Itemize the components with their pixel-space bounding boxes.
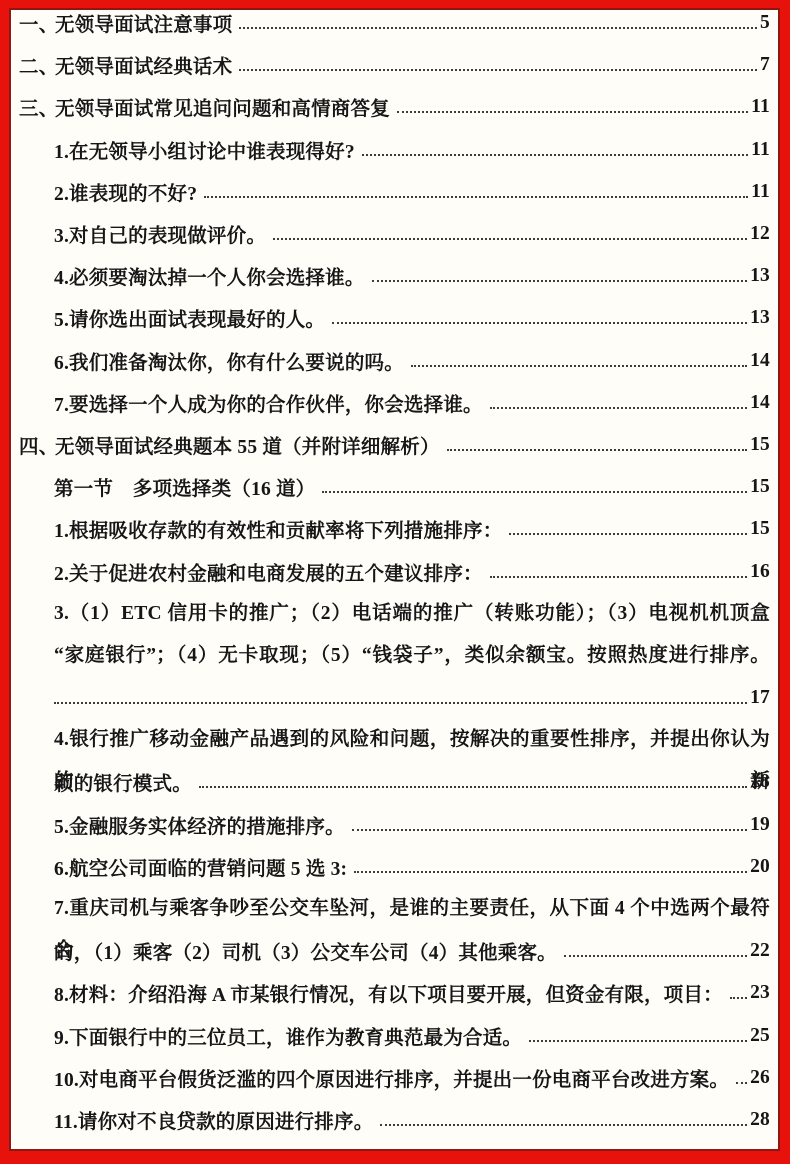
toc-row: 6.航空公司面临的营销问题 5 选 3:20: [19, 846, 770, 888]
dot-leader: [54, 702, 747, 704]
dot-leader: [332, 322, 747, 324]
dot-leader: [354, 871, 747, 873]
toc-row: 9.下面银行中的三位员工，谁作为教育典范最为合适。25: [19, 1015, 770, 1057]
page-number: 13: [750, 265, 770, 287]
entry-title: 7.要选择一个人成为你的合作伙伴，你会选择谁。: [54, 389, 483, 417]
entry-number-label: 二、: [19, 51, 55, 79]
dot-leader: [509, 533, 747, 535]
page-number: 20: [750, 856, 770, 878]
toc-row: 2.关于促进农村金融和电商发展的五个建议排序：16: [19, 550, 770, 592]
toc-row: 四、无领导面试经典题本 55 道（并附详细解析）15: [19, 424, 770, 466]
dot-leader: [736, 1082, 747, 1084]
page-number: 11: [751, 181, 770, 203]
page-number: 5: [760, 12, 770, 34]
dot-leader: [372, 280, 748, 282]
dot-leader: [362, 154, 748, 156]
toc-row: 7.重庆司机与乘客争吵至公交车坠河，是谁的主要责任，从下面 4 个中选两个最符合: [19, 888, 770, 930]
toc-row: 7.要选择一个人成为你的合作伙伴，你会选择谁。14: [19, 382, 770, 424]
entry-title: 无领导面试常见追问问题和高情商答复: [55, 93, 390, 121]
page-number: 18: [750, 771, 770, 793]
entry-title: 6.我们准备淘汰你，你有什么要说的吗。: [54, 347, 404, 375]
toc-row: 2.谁表现的不好?11: [19, 171, 770, 213]
page-number: 23: [750, 982, 770, 1004]
entry-title: “家庭银行”；（4）无卡取现；（5）“钱袋子”，类似余额宝。按照热度进行排序。: [54, 635, 770, 677]
toc-row: 5.金融服务实体经济的措施排序。19: [19, 804, 770, 846]
dot-leader: [199, 786, 747, 788]
entry-title: 1.在无领导小组讨论中谁表现得好?: [54, 136, 355, 164]
dot-leader: [411, 365, 747, 367]
page-number: 16: [750, 561, 770, 583]
page-number: 17: [750, 687, 770, 709]
toc-row: “家庭银行”；（4）无卡取现；（5）“钱袋子”，类似余额宝。按照热度进行排序。: [19, 635, 770, 677]
toc-row: 11.请你对不良贷款的原因进行排序。28: [19, 1099, 770, 1141]
document-page: 一、无领导面试注意事项5二、无领导面试经典话术7三、无领导面试常见追问问题和高情…: [9, 8, 780, 1151]
toc-row: 的，（1）乘客（2）司机（3）公交车公司（4）其他乘客。22: [19, 930, 770, 972]
toc-row: 3.（1）ETC 信用卡的推广；（2）电话端的推广（转账功能）；（3）电视机机顶…: [19, 593, 770, 635]
dot-leader: [397, 111, 748, 113]
dot-leader: [273, 238, 747, 240]
entry-title: 的，（1）乘客（2）司机（3）公交车公司（4）其他乘客。: [54, 937, 557, 965]
dot-leader: [447, 449, 747, 451]
entry-title: 11.请你对不良贷款的原因进行排序。: [54, 1106, 373, 1134]
toc-row: 4.银行推广移动金融产品遇到的风险和问题，按解决的重要性排序，并提出你认为的新: [19, 719, 770, 761]
entry-title: 1.根据吸收存款的有效性和贡献率将下列措施排序：: [54, 515, 502, 543]
entry-number-label: 三、: [19, 93, 55, 121]
entry-title: 5.请你选出面试表现最好的人。: [54, 304, 325, 332]
dot-leader: [529, 1040, 747, 1042]
entry-number-label: 一、: [19, 9, 55, 37]
toc-row: 二、无领导面试经典话术7: [19, 44, 770, 86]
toc-row: 6.我们准备淘汰你，你有什么要说的吗。14: [19, 340, 770, 382]
page-number: 22: [750, 940, 770, 962]
entry-title: 无领导面试经典题本 55 道（并附详细解析）: [55, 431, 440, 459]
dot-leader: [490, 576, 747, 578]
page-number: 15: [750, 476, 770, 498]
dot-leader: [239, 69, 757, 71]
entry-title: 2.谁表现的不好?: [54, 178, 197, 206]
entry-title: 3.对自己的表现做评价。: [54, 220, 266, 248]
entry-title: 无领导面试注意事项: [55, 9, 232, 37]
dot-leader: [204, 196, 748, 198]
entry-title: 8.材料：介绍沿海 A 市某银行情况，有以下项目要开展，但资金有限，项目：: [54, 979, 723, 1007]
page-number: 7: [760, 54, 770, 76]
entry-title: 颖的银行模式。: [54, 768, 192, 796]
toc-row: 17: [19, 677, 770, 719]
entry-title: 5.金融服务实体经济的措施排序。: [54, 811, 345, 839]
toc-row: 10.对电商平台假货泛滥的四个原因进行排序，并提出一份电商平台改进方案。26: [19, 1057, 770, 1099]
dot-leader: [352, 829, 747, 831]
page-number: 15: [750, 518, 770, 540]
page-number: 28: [750, 1109, 770, 1131]
toc-row: 4.必须要淘汰掉一个人你会选择谁。13: [19, 255, 770, 297]
page-number: 15: [750, 434, 770, 456]
entry-title: 第一节 多项选择类（16 道）: [54, 473, 315, 501]
toc-row: 1.在无领导小组讨论中谁表现得好?11: [19, 129, 770, 171]
entry-number-label: 四、: [19, 431, 55, 459]
entry-title: 2.关于促进农村金融和电商发展的五个建议排序：: [54, 558, 483, 586]
toc-row: 三、无领导面试常见追问问题和高情商答复11: [19, 86, 770, 128]
dot-leader: [564, 955, 747, 957]
toc-row: 1.根据吸收存款的有效性和贡献率将下列措施排序：15: [19, 508, 770, 550]
dot-leader: [239, 27, 757, 29]
page-number: 11: [751, 139, 770, 161]
toc-row: 第一节 多项选择类（16 道）15: [19, 466, 770, 508]
dot-leader: [490, 407, 747, 409]
page-number: 14: [750, 350, 770, 372]
entry-title: 9.下面银行中的三位员工，谁作为教育典范最为合适。: [54, 1022, 522, 1050]
dot-leader: [380, 1124, 747, 1126]
entry-title: 无领导面试经典话术: [55, 51, 232, 79]
toc-row: 3.对自己的表现做评价。12: [19, 213, 770, 255]
page-number: 12: [750, 223, 770, 245]
entry-title: 6.航空公司面临的营销问题 5 选 3:: [54, 853, 347, 881]
entry-title: 4.必须要淘汰掉一个人你会选择谁。: [54, 262, 365, 290]
dot-leader: [322, 491, 747, 493]
toc-row: 一、无领导面试注意事项5: [19, 8, 770, 44]
dot-leader: [730, 997, 747, 999]
toc-row: 8.材料：介绍沿海 A 市某银行情况，有以下项目要开展，但资金有限，项目：23: [19, 972, 770, 1014]
entry-title: 10.对电商平台假货泛滥的四个原因进行排序，并提出一份电商平台改进方案。: [54, 1064, 729, 1092]
page-number: 14: [750, 392, 770, 414]
toc-row: 5.请你选出面试表现最好的人。13: [19, 297, 770, 339]
page-number: 25: [750, 1025, 770, 1047]
page-number: 13: [750, 307, 770, 329]
entry-title: 3.（1）ETC 信用卡的推广；（2）电话端的推广（转账功能）；（3）电视机机顶…: [54, 593, 770, 635]
page-number: 19: [750, 814, 770, 836]
page-number: 26: [750, 1067, 770, 1089]
table-of-contents: 一、无领导面试注意事项5二、无领导面试经典话术7三、无领导面试常见追问问题和高情…: [19, 8, 770, 1141]
page-number: 11: [751, 96, 770, 118]
